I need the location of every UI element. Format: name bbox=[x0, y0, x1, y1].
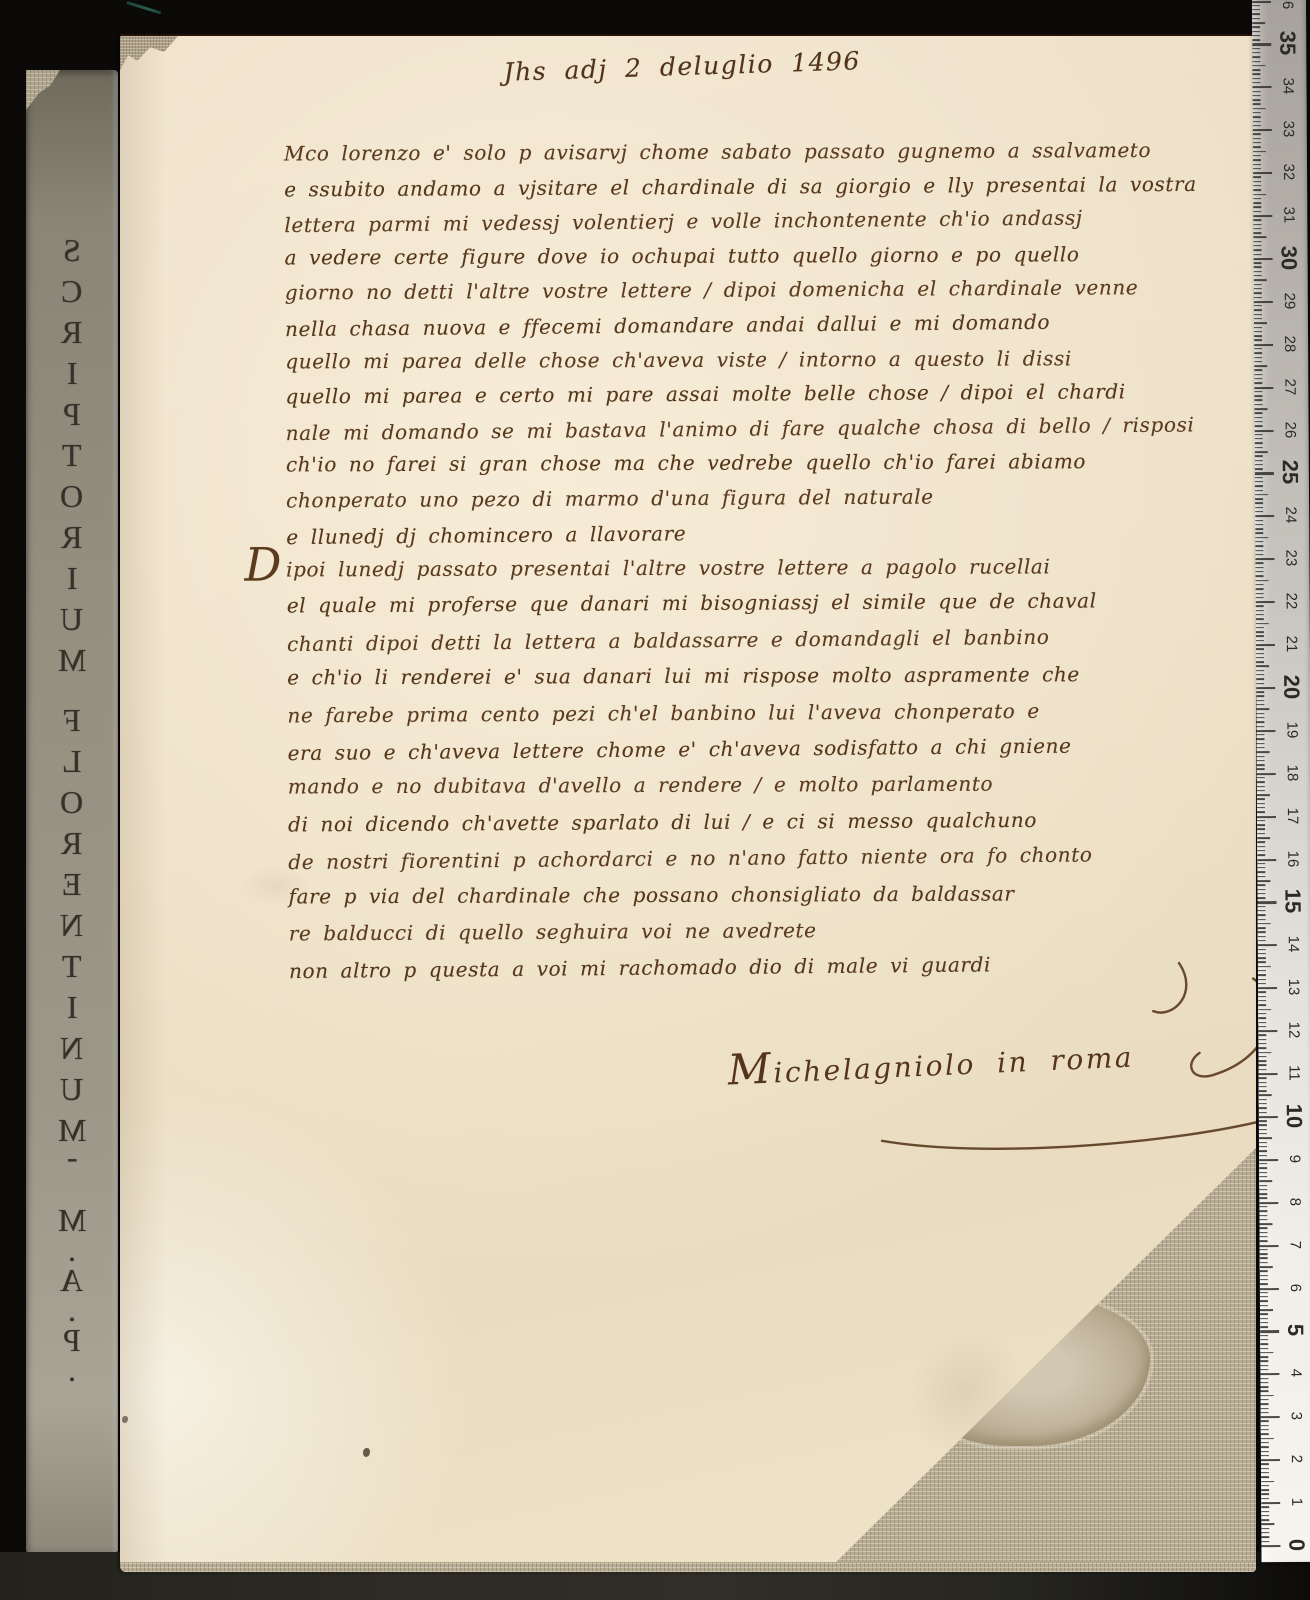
ruler-tick bbox=[1261, 1528, 1269, 1529]
ruler-tick bbox=[1255, 567, 1263, 568]
book-spine: SCRIPTORIUM FLORENTINUM - M.A.P. bbox=[26, 70, 118, 1552]
ruler-tick bbox=[1259, 1065, 1267, 1066]
ruler-number: 31 bbox=[1278, 198, 1298, 232]
ruler-tick bbox=[1260, 1232, 1268, 1233]
ruler-tick bbox=[1259, 1107, 1267, 1108]
ruler-tick bbox=[1254, 284, 1262, 285]
letter-paragraph-1: Mco lorenzo e' solo p avisarvj chome sab… bbox=[284, 132, 1247, 553]
ruler-tick bbox=[1260, 1300, 1268, 1301]
ruler-tick bbox=[1259, 1202, 1278, 1204]
ruler-tick bbox=[1257, 756, 1265, 757]
ruler-tick bbox=[1259, 1189, 1267, 1190]
ruler-tick bbox=[1260, 1296, 1268, 1297]
ruler-tick bbox=[1258, 1022, 1266, 1023]
ruler-tick bbox=[1256, 683, 1264, 684]
ruler-tick bbox=[1254, 340, 1262, 341]
spine-letter: . bbox=[68, 1295, 76, 1325]
ruler-tick bbox=[1255, 442, 1263, 443]
ruler-tick bbox=[1261, 1412, 1269, 1413]
ruler-tick bbox=[1255, 515, 1274, 517]
spine-letter: N bbox=[60, 905, 83, 946]
ruler-tick bbox=[1257, 850, 1265, 851]
ruler-tick bbox=[1254, 301, 1273, 303]
ruler-tick bbox=[1260, 1318, 1268, 1319]
ruler-tick bbox=[1261, 1506, 1269, 1507]
ruler-tick bbox=[1259, 1159, 1278, 1161]
ruler-number: 3 bbox=[1286, 1399, 1306, 1433]
ruler-tick bbox=[1255, 524, 1263, 525]
ruler-tick bbox=[1260, 1266, 1273, 1268]
ruler-tick bbox=[1255, 503, 1263, 504]
ruler-tick bbox=[1254, 254, 1262, 255]
manuscript-line: fare p via del chardinale che possano ch… bbox=[288, 874, 1248, 914]
ruler-tick bbox=[1258, 1000, 1266, 1001]
ruler-number: 23 bbox=[1280, 541, 1300, 575]
ruler-tick bbox=[1257, 876, 1265, 877]
spine-letter: R bbox=[61, 517, 82, 558]
spine-worn-corner bbox=[26, 70, 60, 110]
ruler-tick bbox=[1252, 18, 1260, 19]
ruler-tick bbox=[1255, 477, 1263, 478]
ruler-tick bbox=[1260, 1309, 1273, 1311]
ruler-tick bbox=[1261, 1545, 1280, 1547]
ruler-tick bbox=[1259, 1210, 1267, 1211]
ruler-tick bbox=[1255, 490, 1263, 491]
ruler-tick bbox=[1258, 979, 1266, 980]
ruler-tick bbox=[1260, 1373, 1279, 1375]
ruler-tick bbox=[1252, 22, 1265, 24]
ruler-tick bbox=[1253, 237, 1266, 239]
ruler-tick bbox=[1254, 335, 1262, 336]
ruler-tick bbox=[1259, 1167, 1267, 1168]
ruler-tick bbox=[1257, 816, 1276, 818]
ruler-tick bbox=[1256, 700, 1264, 701]
ruler-tick bbox=[1254, 297, 1262, 298]
ruler-tick bbox=[1253, 116, 1261, 117]
ruler-tick bbox=[1256, 580, 1269, 582]
ruler-tick bbox=[1258, 983, 1266, 984]
spine-letter: O bbox=[60, 476, 83, 517]
ruler-tick bbox=[1259, 1180, 1272, 1182]
ruler-tick bbox=[1256, 657, 1264, 658]
ruler-number: 27 bbox=[1279, 369, 1299, 403]
ruler-tick bbox=[1261, 1536, 1269, 1537]
ruler-tick bbox=[1253, 181, 1261, 182]
ruler-tick bbox=[1253, 164, 1261, 165]
ruler-tick bbox=[1260, 1322, 1268, 1323]
ruler-tick bbox=[1257, 751, 1270, 753]
ruler-tick bbox=[1260, 1382, 1268, 1383]
ruler-tick bbox=[1260, 1356, 1268, 1357]
ruler-tick bbox=[1259, 1133, 1267, 1134]
spine-letter: . bbox=[68, 1235, 76, 1265]
ruler-tick bbox=[1260, 1330, 1279, 1332]
ruler-tick bbox=[1257, 897, 1265, 898]
spine-letter: M bbox=[58, 640, 86, 681]
ruler-tick bbox=[1259, 1223, 1272, 1225]
ruler-tick bbox=[1261, 1416, 1280, 1418]
ruler-tick bbox=[1252, 26, 1260, 27]
ruler-tick bbox=[1261, 1481, 1274, 1483]
ruler-tick bbox=[1253, 95, 1261, 96]
ruler-tick bbox=[1256, 618, 1264, 619]
ruler-tick bbox=[1253, 138, 1261, 139]
ruler-tick bbox=[1261, 1519, 1269, 1520]
ruler-tick bbox=[1253, 168, 1261, 169]
ruler-tick bbox=[1261, 1541, 1269, 1542]
ruler-tick bbox=[1261, 1455, 1269, 1456]
ruler-number: 18 bbox=[1282, 756, 1302, 790]
ruler-tick bbox=[1257, 867, 1265, 868]
spine-letter: S bbox=[63, 230, 81, 271]
ruler-tick bbox=[1254, 279, 1267, 281]
ruler-tick bbox=[1255, 537, 1268, 539]
ruler-tick bbox=[1255, 554, 1263, 555]
ruler-tick bbox=[1254, 395, 1262, 396]
ruler-tick bbox=[1258, 966, 1271, 968]
ruler-tick bbox=[1259, 1120, 1267, 1121]
ruler-tick bbox=[1259, 1172, 1267, 1173]
ruler-tick bbox=[1258, 1017, 1266, 1018]
ruler-tick bbox=[1261, 1498, 1269, 1499]
ruler-tick bbox=[1260, 1335, 1268, 1336]
ruler-tick bbox=[1256, 627, 1264, 628]
ruler-number: 0 bbox=[1286, 1528, 1306, 1562]
ruler-tick bbox=[1255, 421, 1263, 422]
ruler-tick bbox=[1260, 1386, 1268, 1387]
ruler-tick bbox=[1259, 1163, 1267, 1164]
ruler-tick bbox=[1255, 434, 1263, 435]
ruler-number: 13 bbox=[1283, 970, 1303, 1004]
flourish-underline bbox=[882, 1120, 1256, 1149]
ruler-tick bbox=[1261, 1485, 1269, 1486]
ruler-tick bbox=[1261, 1523, 1274, 1525]
ruler-tick bbox=[1256, 734, 1264, 735]
manuscript-page: Jhs adj 2 deluglio 1496 Mco lorenzo e' s… bbox=[120, 36, 1256, 1572]
ruler-tick bbox=[1256, 687, 1275, 689]
ruler-tick bbox=[1254, 322, 1267, 324]
ruler-tick bbox=[1260, 1348, 1268, 1349]
ruler-tick bbox=[1255, 528, 1263, 529]
spine-abbreviation: M.A.P. bbox=[26, 1205, 118, 1385]
spine-letter: U bbox=[60, 599, 83, 640]
ruler-number: 28 bbox=[1279, 327, 1299, 361]
ruler-tick bbox=[1254, 288, 1262, 289]
ruler-tick bbox=[1259, 1099, 1267, 1100]
ruler-tick bbox=[1252, 74, 1260, 75]
ruler-number: 19 bbox=[1281, 713, 1301, 747]
ruler-tick bbox=[1254, 292, 1262, 293]
spine-letter: O bbox=[60, 782, 83, 823]
ruler-tick bbox=[1254, 258, 1273, 260]
ruler-tick bbox=[1258, 1009, 1271, 1011]
ruler-tick bbox=[1259, 1198, 1267, 1199]
ruler-tick bbox=[1260, 1305, 1268, 1306]
ruler-tick bbox=[1254, 404, 1262, 405]
ruler-tick bbox=[1257, 803, 1265, 804]
spine-letter: . bbox=[68, 1355, 76, 1385]
ruler-tick bbox=[1253, 91, 1261, 92]
ruler-tick bbox=[1255, 417, 1263, 418]
ruler-tick bbox=[1258, 970, 1266, 971]
ruler-tick bbox=[1258, 1039, 1266, 1040]
ruler-tick bbox=[1261, 1408, 1269, 1409]
ruler-tick bbox=[1261, 1472, 1269, 1473]
ruler-tick bbox=[1254, 365, 1267, 367]
ruler-number: 2 bbox=[1286, 1442, 1306, 1476]
ruler-tick bbox=[1256, 674, 1264, 675]
ruler-tick bbox=[1254, 249, 1262, 250]
ruler-tick bbox=[1258, 1060, 1266, 1061]
ruler-tick bbox=[1253, 112, 1261, 113]
ruler-tick bbox=[1259, 1103, 1267, 1104]
ruler-tick bbox=[1261, 1493, 1269, 1494]
ruler-tick bbox=[1257, 781, 1265, 782]
ruler-tick bbox=[1257, 769, 1265, 770]
ruler-tick bbox=[1261, 1421, 1269, 1422]
ruler-tick bbox=[1257, 889, 1265, 890]
ruler-tick bbox=[1253, 104, 1261, 105]
ruler-tick bbox=[1255, 533, 1263, 534]
ruler-tick bbox=[1257, 833, 1265, 834]
ruler-tick bbox=[1255, 468, 1263, 469]
ruler-tick bbox=[1256, 717, 1264, 718]
ruler-tick bbox=[1253, 189, 1261, 190]
spine-letter: A bbox=[60, 1265, 83, 1295]
spine-letter: E bbox=[62, 864, 82, 905]
ruler-tick bbox=[1261, 1468, 1269, 1469]
ruler-tick bbox=[1252, 78, 1260, 79]
ruler-tick bbox=[1261, 1489, 1269, 1490]
ruler-number: 11 bbox=[1283, 1056, 1303, 1090]
ruler-tick bbox=[1260, 1378, 1268, 1379]
ruler-tick bbox=[1252, 1, 1271, 3]
ruler-tick bbox=[1253, 129, 1272, 131]
ruler-tick bbox=[1261, 1451, 1269, 1452]
ruler-tick bbox=[1256, 644, 1275, 646]
ruler-tick bbox=[1256, 670, 1264, 671]
ruler-tick bbox=[1261, 1425, 1269, 1426]
ruler-tick bbox=[1255, 571, 1263, 572]
flourish-curl bbox=[1191, 978, 1256, 1076]
ruler-tick bbox=[1258, 1026, 1266, 1027]
ruler-tick bbox=[1259, 1219, 1267, 1220]
ruler-tick bbox=[1255, 430, 1274, 432]
ruler-tick bbox=[1257, 871, 1265, 872]
ruler-tick bbox=[1258, 919, 1266, 920]
ruler-tick bbox=[1254, 382, 1262, 383]
ruler-tick bbox=[1261, 1395, 1274, 1397]
ruler-tick bbox=[1255, 511, 1263, 512]
ruler-number: 4 bbox=[1285, 1356, 1305, 1390]
ruler-tick bbox=[1258, 1013, 1266, 1014]
ruler-tick bbox=[1260, 1245, 1279, 1247]
ruler-tick bbox=[1258, 996, 1266, 997]
ruler-tick bbox=[1261, 1459, 1280, 1461]
ruler-tick bbox=[1257, 777, 1265, 778]
ruler-tick bbox=[1256, 648, 1264, 649]
ruler-tick bbox=[1259, 1125, 1267, 1126]
ruler-tick bbox=[1255, 494, 1268, 496]
ruler-number: 17 bbox=[1282, 798, 1302, 832]
ruler-tick bbox=[1257, 773, 1276, 775]
ruler-tick bbox=[1253, 155, 1261, 156]
ruler-number: 25 bbox=[1280, 455, 1300, 489]
ruler-tick bbox=[1261, 1446, 1269, 1447]
ruler-number: 35 bbox=[1277, 26, 1297, 60]
spine-letter: I bbox=[67, 987, 78, 1028]
ruler-tick bbox=[1254, 309, 1262, 310]
spine-letter: - bbox=[67, 1142, 78, 1172]
ruler-tick bbox=[1255, 563, 1263, 564]
ruler-tick bbox=[1257, 790, 1265, 791]
ruler-tick bbox=[1253, 211, 1261, 212]
ruler-tick bbox=[1259, 1206, 1267, 1207]
ruler-tick bbox=[1253, 232, 1261, 233]
ruler-tick bbox=[1258, 992, 1266, 993]
ruler-tick bbox=[1259, 1142, 1267, 1143]
ruler-number: 15 bbox=[1282, 884, 1302, 918]
ruler-tick bbox=[1260, 1361, 1268, 1362]
ruler-tick bbox=[1256, 601, 1275, 603]
ruler-tick bbox=[1254, 357, 1262, 358]
ruler-tick bbox=[1258, 906, 1266, 907]
ruler-tick bbox=[1257, 743, 1265, 744]
ruler-tick bbox=[1260, 1236, 1268, 1237]
ruler-tick bbox=[1252, 31, 1260, 32]
ruler-tick bbox=[1253, 198, 1261, 199]
ruler-number: 1 bbox=[1286, 1485, 1306, 1519]
ruler-tick bbox=[1260, 1279, 1268, 1280]
ruler-tick bbox=[1259, 1073, 1278, 1075]
ruler-tick bbox=[1252, 56, 1260, 57]
ruler-tick bbox=[1257, 837, 1270, 839]
ruler-tick bbox=[1259, 1155, 1267, 1156]
ruler-tick bbox=[1255, 438, 1263, 439]
ruler-tick bbox=[1258, 932, 1266, 933]
ruler-tick bbox=[1256, 726, 1264, 727]
ruler-tick bbox=[1254, 400, 1262, 401]
ruler-tick bbox=[1255, 451, 1268, 453]
ruler-number: 26 bbox=[1280, 412, 1300, 446]
ruler-tick bbox=[1257, 794, 1270, 796]
ruler-tick bbox=[1258, 1030, 1277, 1032]
ruler-tick bbox=[1253, 82, 1261, 83]
ruler-tick bbox=[1260, 1326, 1268, 1327]
ruler-tick bbox=[1259, 1228, 1267, 1229]
ruler-number: 9 bbox=[1284, 1142, 1304, 1176]
ruler-tick bbox=[1260, 1262, 1268, 1263]
ruler-tick bbox=[1255, 464, 1263, 465]
ruler-tick bbox=[1253, 146, 1261, 147]
ruler-tick bbox=[1257, 863, 1265, 864]
glass-edge bbox=[126, 1, 161, 14]
ruler-tick bbox=[1256, 666, 1269, 668]
ruler-tick bbox=[1261, 1463, 1269, 1464]
ruler-tick bbox=[1257, 747, 1265, 748]
ruler-tick bbox=[1257, 824, 1265, 825]
ruler-tick bbox=[1252, 39, 1260, 40]
ruler-tick bbox=[1258, 940, 1266, 941]
ruler-number: 7 bbox=[1284, 1227, 1304, 1261]
ruler-tick bbox=[1259, 1146, 1267, 1147]
ruler-tick bbox=[1258, 936, 1266, 937]
ruler-tick bbox=[1259, 1215, 1267, 1216]
ruler-tick bbox=[1253, 108, 1266, 110]
ruler-tick bbox=[1253, 142, 1261, 143]
ruler-tick bbox=[1253, 134, 1261, 135]
ruler-tick bbox=[1257, 854, 1265, 855]
ruler-tick bbox=[1256, 721, 1264, 722]
ruler-tick bbox=[1255, 412, 1263, 413]
ruler-tick bbox=[1259, 1095, 1272, 1097]
ruler-number: 5 bbox=[1285, 1313, 1305, 1347]
ruler-tick bbox=[1261, 1442, 1269, 1443]
ruler-tick bbox=[1258, 1043, 1266, 1044]
manuscript-line: Dipoi lunedj passato presentai l'altre v… bbox=[286, 547, 1246, 587]
flourished-initial: D bbox=[244, 554, 282, 574]
ruler-tick bbox=[1253, 194, 1266, 196]
ruler-tick bbox=[1259, 1137, 1272, 1139]
ruler-tick bbox=[1254, 327, 1262, 328]
ruler-tick bbox=[1253, 121, 1261, 122]
ruler-tick bbox=[1261, 1476, 1269, 1477]
ruler-tick bbox=[1257, 829, 1265, 830]
ruler-tick bbox=[1252, 5, 1260, 6]
ruler-tick bbox=[1258, 1052, 1271, 1054]
ruler-tick bbox=[1260, 1275, 1268, 1276]
ruler-tick bbox=[1261, 1399, 1269, 1400]
ruler-number: 10 bbox=[1284, 1099, 1304, 1133]
ruler-tick bbox=[1256, 708, 1269, 710]
ruler-tick bbox=[1259, 1082, 1267, 1083]
ruler-tick bbox=[1254, 271, 1262, 272]
spine-letter: T bbox=[62, 946, 82, 987]
ruler-tick bbox=[1258, 927, 1266, 928]
ruler-tick bbox=[1256, 575, 1264, 576]
ruler-tick bbox=[1254, 305, 1262, 306]
spine-letter: P bbox=[63, 394, 81, 435]
ruler-tick bbox=[1254, 275, 1262, 276]
ruler-tick bbox=[1258, 901, 1277, 903]
ruler-tick bbox=[1253, 172, 1272, 174]
ruler-tick bbox=[1254, 344, 1273, 346]
ruler-tick bbox=[1258, 987, 1277, 989]
ruler-tick bbox=[1255, 425, 1263, 426]
ruler-tick bbox=[1258, 1004, 1266, 1005]
ruler-tick bbox=[1260, 1365, 1268, 1366]
ruler-tick bbox=[1255, 558, 1274, 560]
ruler-tick bbox=[1257, 880, 1270, 882]
ruler-tick bbox=[1261, 1511, 1269, 1512]
ruler-tick bbox=[1255, 481, 1263, 482]
ruler-tick bbox=[1259, 1077, 1267, 1078]
ruler-number: 12 bbox=[1283, 1013, 1303, 1047]
ruler-tick bbox=[1256, 696, 1264, 697]
ruler-tick bbox=[1260, 1352, 1273, 1354]
photograph-scene: SCRIPTORIUM FLORENTINUM - M.A.P. Jhs adj… bbox=[0, 0, 1310, 1600]
ruler-tick bbox=[1252, 48, 1260, 49]
ruler-tick bbox=[1252, 13, 1260, 14]
manuscript-line: quello mi parea delle chose ch'aveva vis… bbox=[285, 340, 1245, 378]
spine-letter: U bbox=[60, 1069, 83, 1110]
ruler-tick bbox=[1253, 202, 1261, 203]
ruler-tick bbox=[1259, 1069, 1267, 1070]
ruler-tick bbox=[1254, 331, 1262, 332]
spine-letter: P bbox=[63, 1325, 81, 1355]
ruler-tick bbox=[1258, 1034, 1266, 1035]
ruler-tick bbox=[1254, 314, 1262, 315]
